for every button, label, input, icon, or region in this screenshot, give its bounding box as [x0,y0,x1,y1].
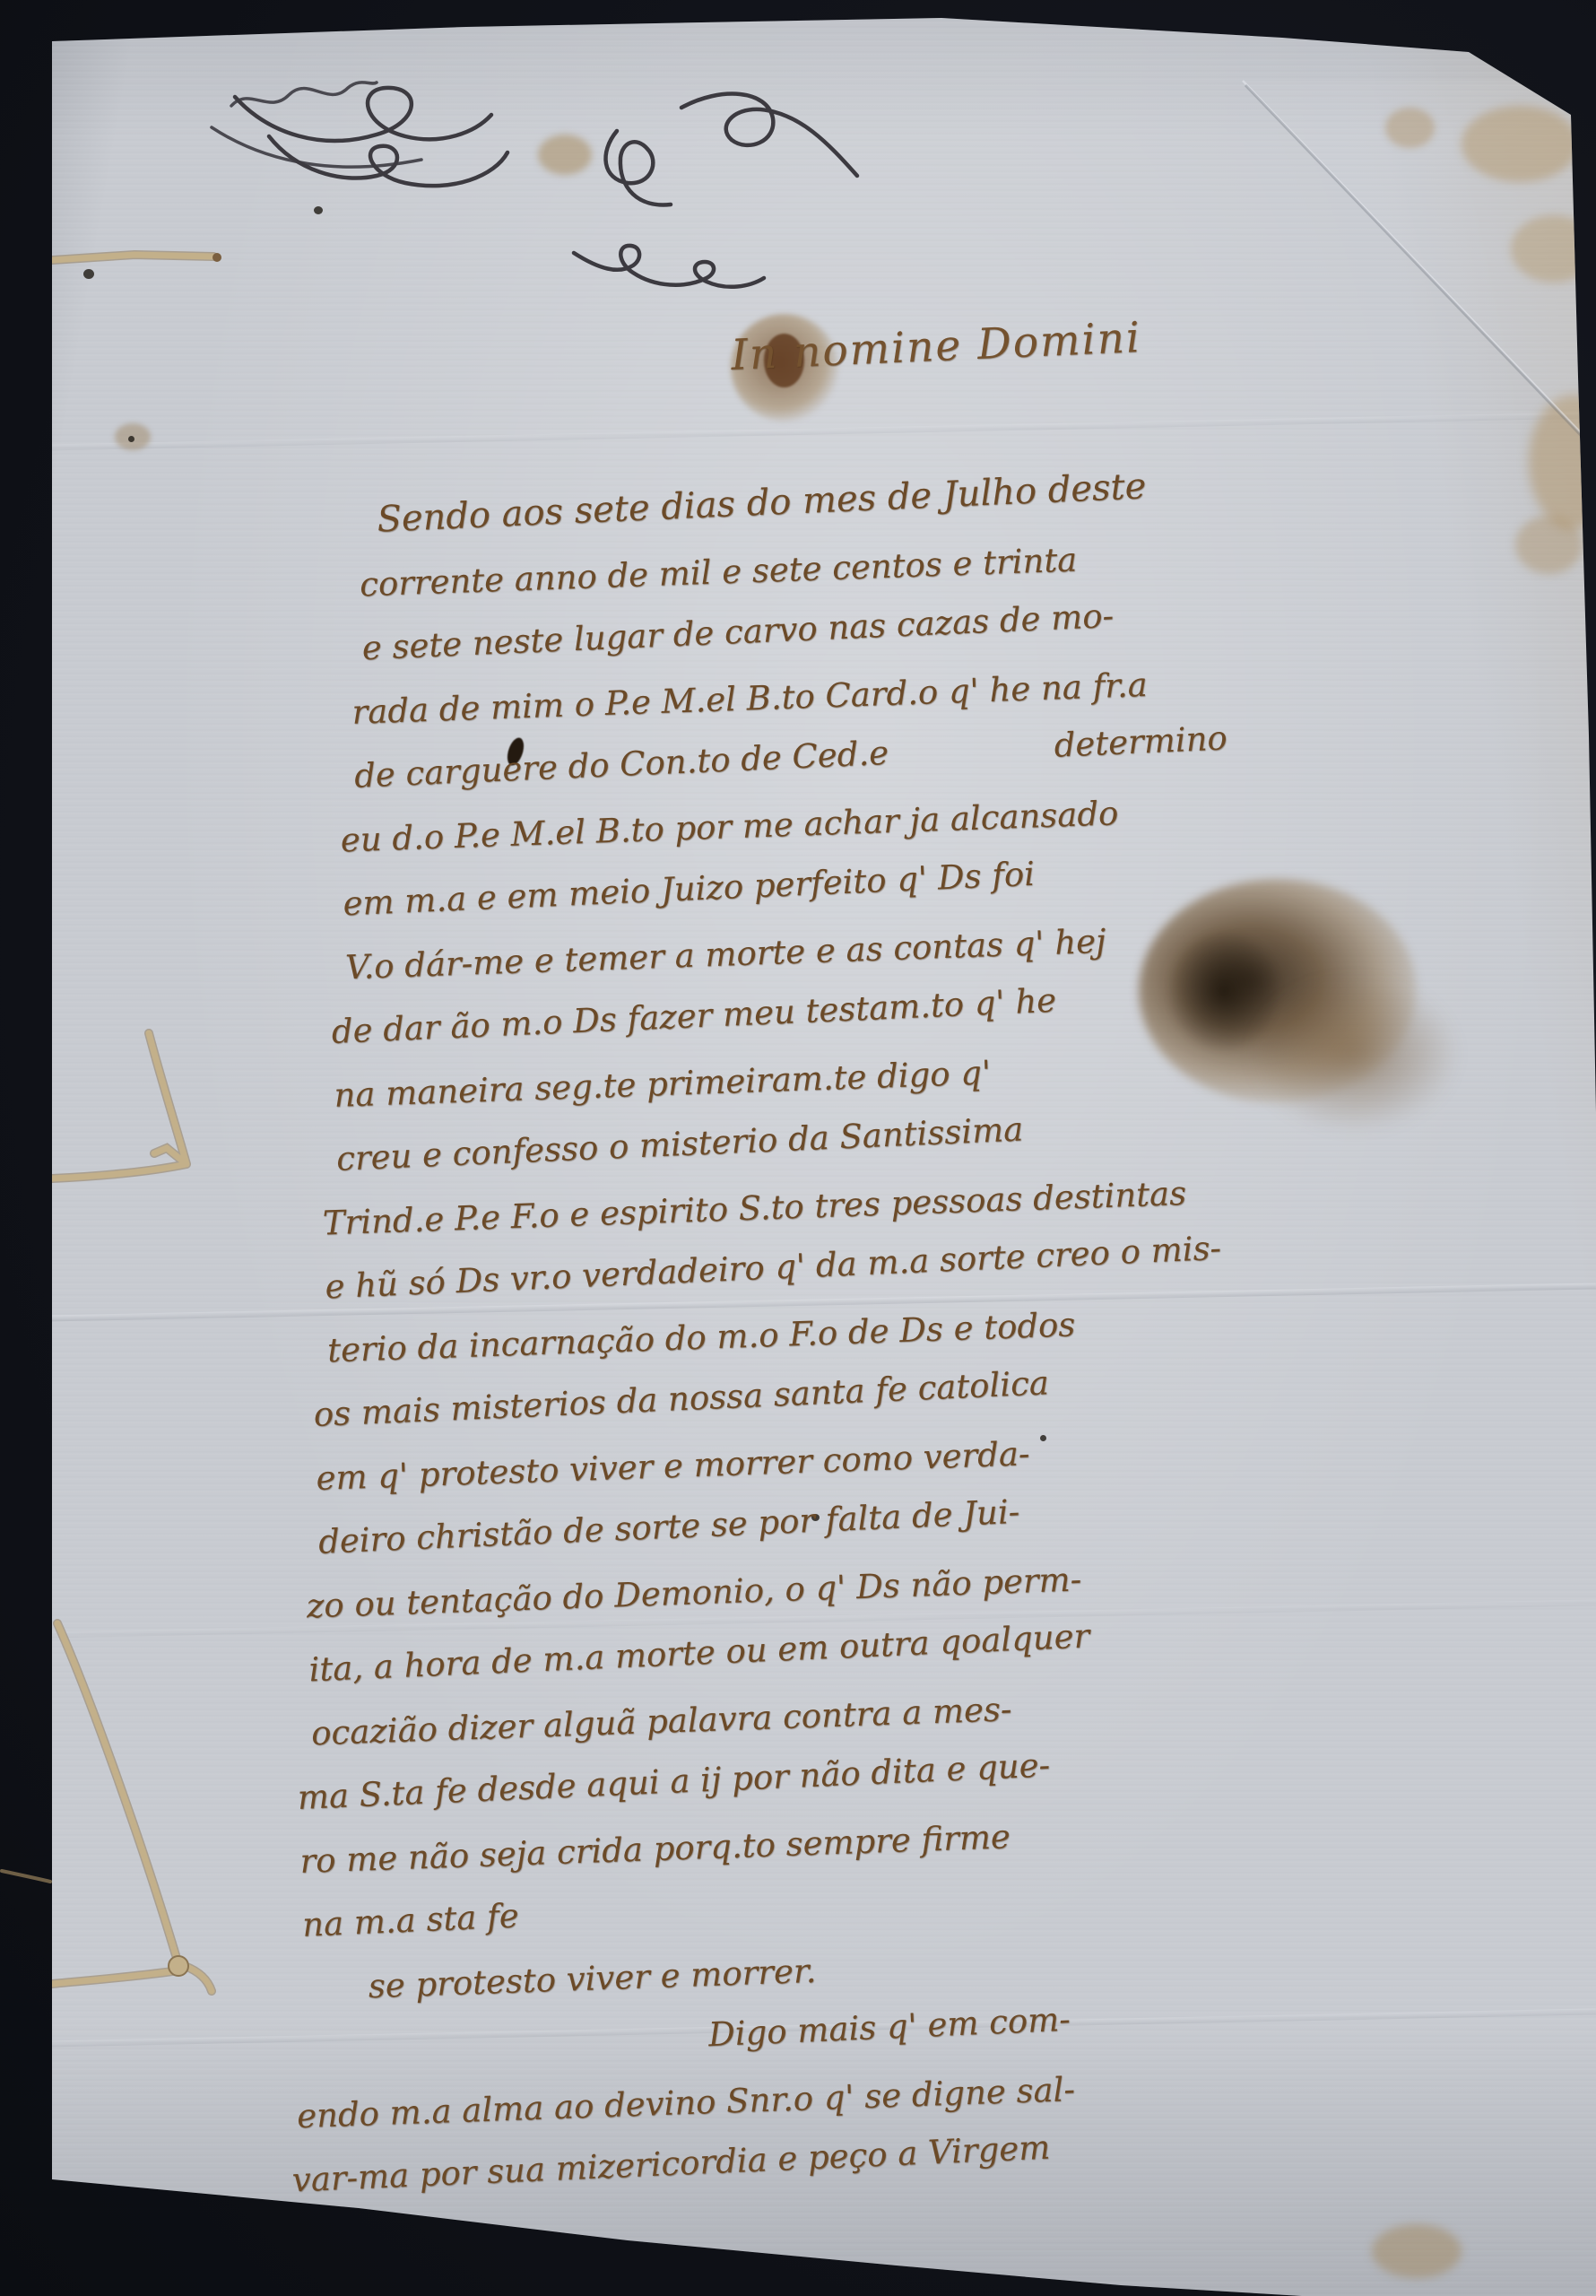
loose-thread-fiber [2,1871,50,1882]
paper-speck [128,436,134,442]
paper-speck [83,269,94,279]
paper-speck [314,206,323,214]
water-stain [1372,2224,1462,2278]
water-stain [1385,108,1435,148]
water-stain [538,135,592,175]
photo-background: In nomine Domini Sendo aos sete dias do … [0,0,1596,2296]
water-stain [1462,106,1578,182]
manuscript-body-text: Sendo aos sete dias do mes de Julho dest… [261,445,1596,2211]
water-stain [1511,215,1596,283]
manuscript-page: In nomine Domini Sendo aos sete dias do … [0,0,1596,2296]
